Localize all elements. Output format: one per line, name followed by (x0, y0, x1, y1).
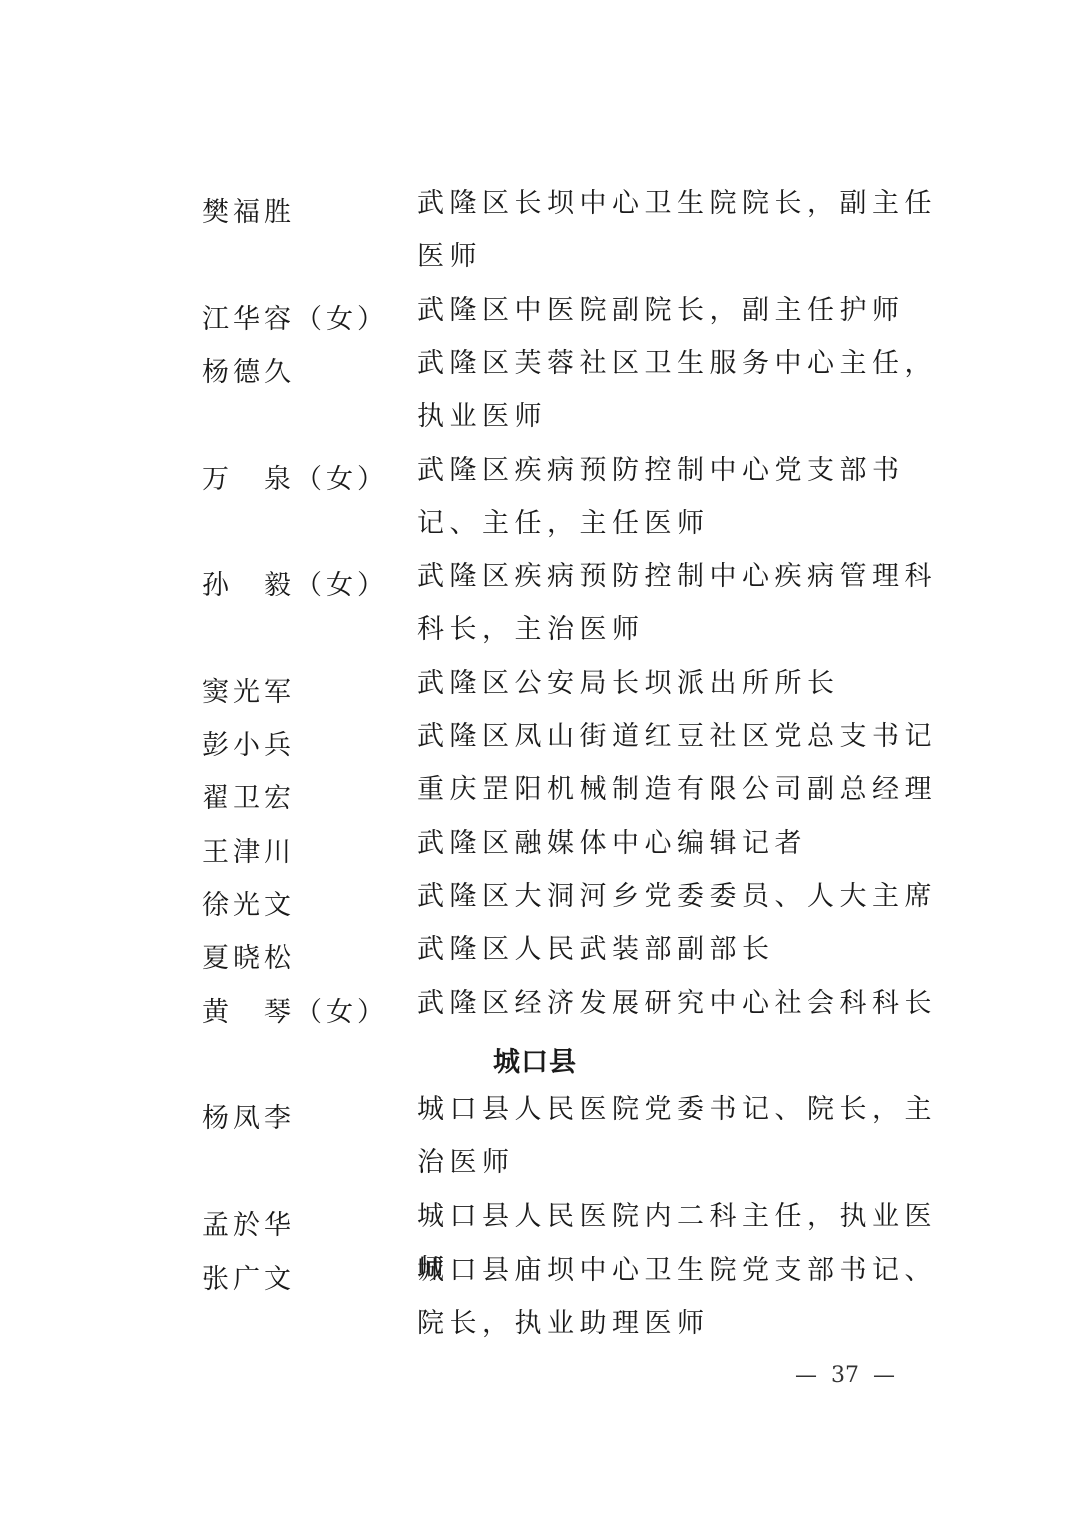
person-name: 彭小兵 (202, 723, 295, 762)
person-title: 武隆区大洞河乡党委委员、人大主席 (417, 870, 937, 923)
person-name: 黄 琴（女） (202, 990, 388, 1029)
document-page: 樊福胜 武隆区长坝中心卫生院院长，副主任医师 江华容（女） 武隆区中医院副院长，… (0, 0, 1074, 1520)
person-name: 孙 毅（女） (202, 563, 388, 602)
person-title: 武隆区人民武装部副部长 (417, 923, 937, 976)
section-heading-text: 城口县 (493, 1040, 577, 1079)
person-title: 武隆区经济发展研究中心社会科科长 (417, 977, 937, 1030)
page-number: — 37 — (795, 1363, 895, 1388)
person-name: 江华容（女） (202, 297, 388, 336)
person-name: 夏晓松 (202, 936, 295, 975)
person-name: 徐光文 (202, 883, 295, 922)
person-title: 武隆区公安局长坝派出所所长 (417, 657, 937, 710)
person-title: 城口县人民医院党委书记、院长，主治医师 (417, 1083, 937, 1189)
person-name: 杨德久 (202, 350, 295, 389)
person-title: 武隆区疾病预防控制中心党支部书记、主任，主任医师 (417, 444, 937, 550)
person-title: 城口县庙坝中心卫生院党支部书记、院长，执业助理医师 (417, 1244, 937, 1350)
person-name: 窦光军 (202, 670, 295, 709)
person-title: 武隆区融媒体中心编辑记者 (417, 817, 937, 870)
person-name: 张广文 (202, 1257, 295, 1296)
person-title: 武隆区凤山街道红豆社区党总支书记 (417, 710, 937, 763)
person-name: 孟於华 (202, 1203, 295, 1242)
person-name: 万 泉（女） (202, 457, 388, 496)
person-title: 武隆区疾病预防控制中心疾病管理科科长，主治医师 (417, 550, 937, 656)
person-name: 樊福胜 (202, 190, 295, 229)
person-title: 武隆区芙蓉社区卫生服务中心主任，执业医师 (417, 337, 937, 443)
person-title: 武隆区长坝中心卫生院院长，副主任医师 (417, 177, 937, 283)
person-name: 杨凤李 (202, 1096, 295, 1135)
person-name: 王津川 (202, 830, 295, 869)
person-title: 重庆罡阳机械制造有限公司副总经理 (417, 763, 937, 816)
person-name: 翟卫宏 (202, 776, 295, 815)
person-title: 武隆区中医院副院长，副主任护师 (417, 284, 937, 337)
